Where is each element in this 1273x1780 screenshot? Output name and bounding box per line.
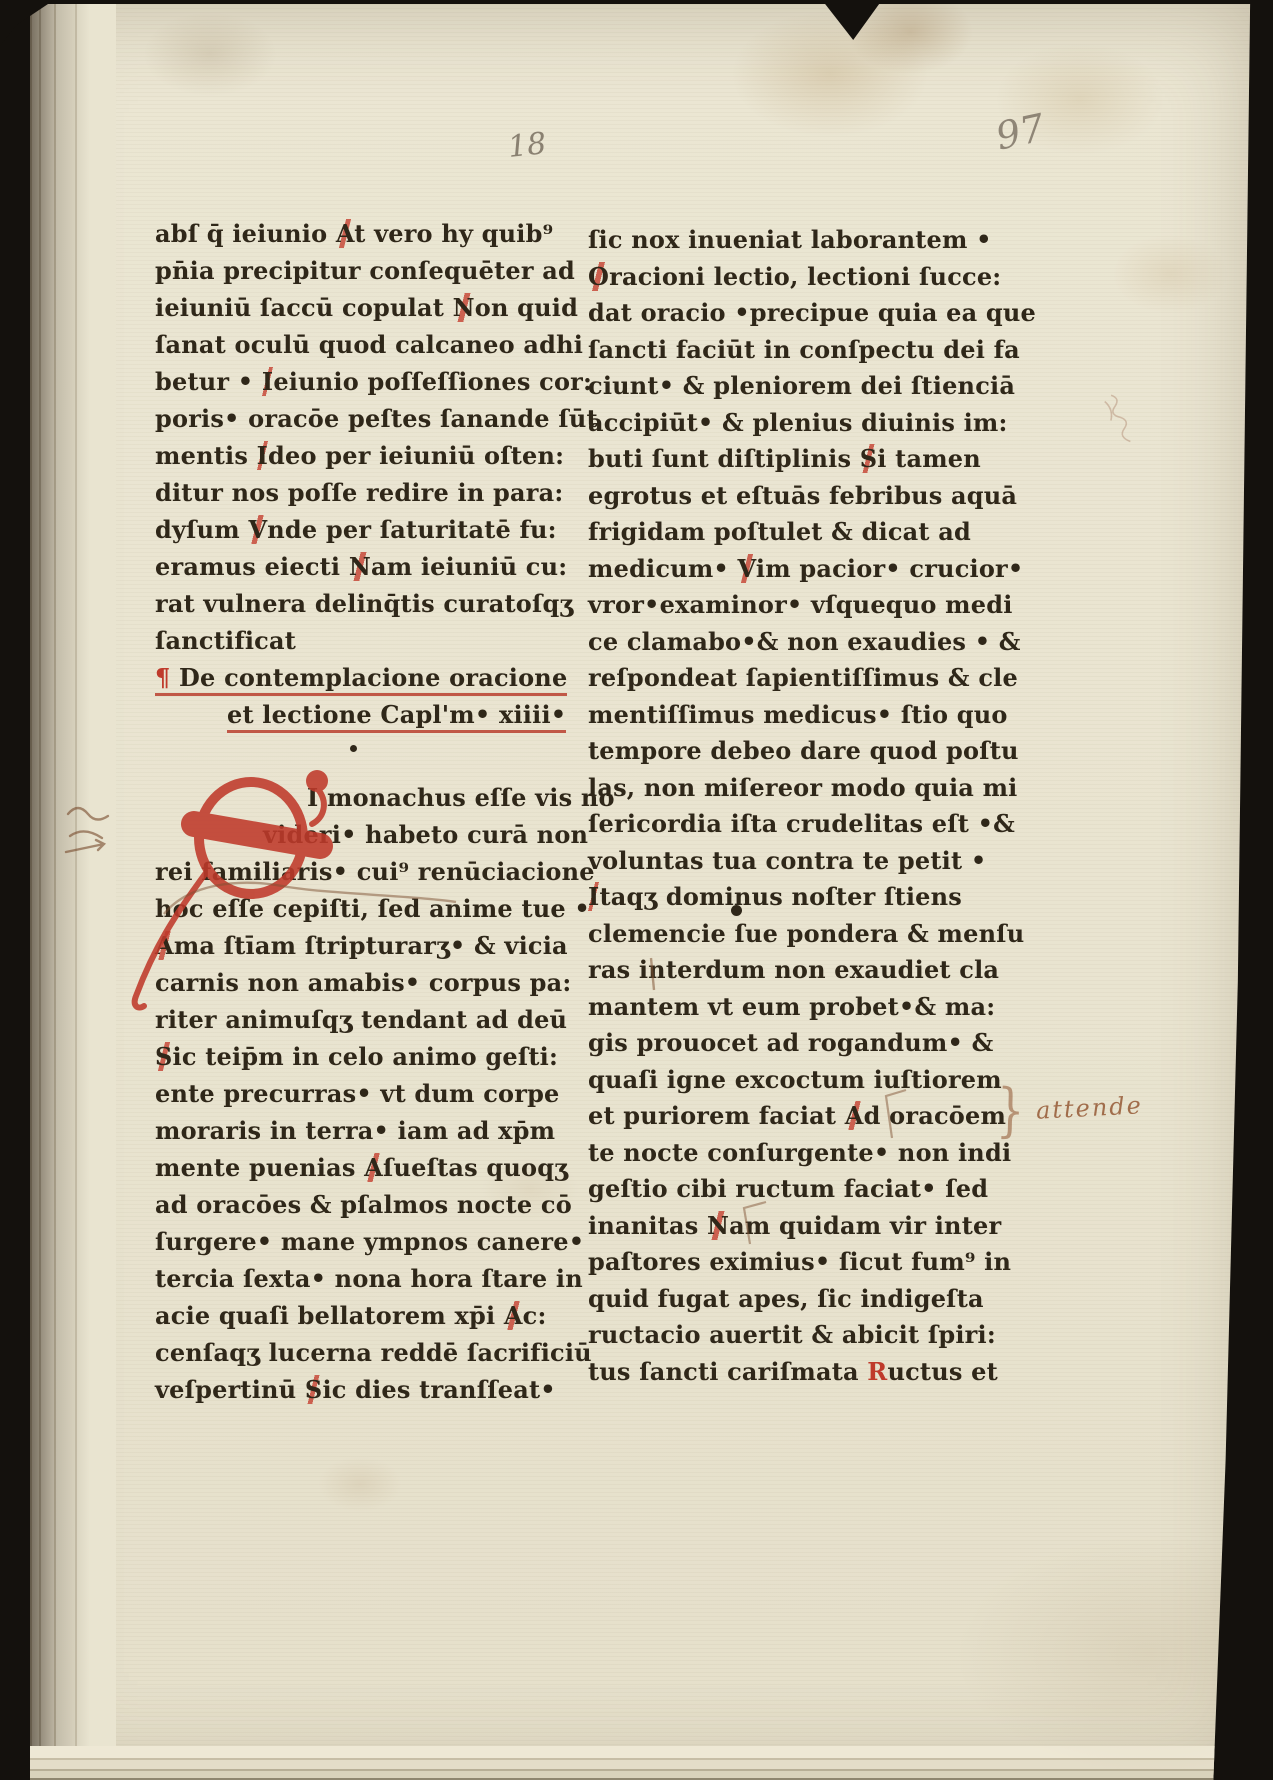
text-line: voluntas tua contra te petit • (588, 843, 1016, 880)
text-line: clemencie ſue pondera & menſu (588, 916, 1016, 953)
text-line: quaſi igne excoctum iuſtiorem (588, 1062, 1016, 1099)
book-fore-edge-bottom (30, 1736, 1255, 1780)
text-line: mentiſſimus medicus• ſtio quo (588, 697, 1016, 734)
text-line: dat oracio •precipue quia ea que (588, 295, 1016, 332)
text-line: et lectione Capl'm• xiiii• (155, 696, 585, 733)
manuscript-scan: { "document": { "kind": "incunable page … (0, 0, 1273, 1780)
text-line: las, non miſereor modo quia mi (588, 770, 1016, 807)
pen-bracket-mark-1 (876, 1086, 910, 1142)
text-line: eramus eiecti Nam ieiuniū cu: (155, 548, 585, 585)
text-line: Itaqʒ dominus noſter ſtiens (588, 879, 1016, 916)
text-line: ſurgere• mane ympnos canere• (155, 1223, 585, 1260)
pen-curve-over-line (160, 876, 460, 920)
text-line: et puriorem faciat Ad oracōem (588, 1098, 1016, 1135)
pen-bracket-mark-2 (736, 1196, 770, 1248)
text-column-right: ſic nox inueniat laborantem •Oracioni le… (588, 222, 1016, 1390)
text-line: te nocte conſurgente• non indi (588, 1135, 1016, 1172)
text-line: paſtores eximius• ſicut fum⁹ in (588, 1244, 1016, 1281)
text-line: ſericordia iſta crudelitas eſt •& (588, 806, 1016, 843)
text-line: rat vulnera delinq̄tis curatoſqʒ (155, 585, 585, 622)
text-line: Sic teip̄m in celo animo geſti: (155, 1038, 585, 1075)
text-line: mente puenias Aſueſtas quoqʒ (155, 1149, 585, 1186)
text-line: geſtio cibi ructum faciat• ſed (588, 1171, 1016, 1208)
text-line: ciunt• & pleniorem dei ſtienciā (588, 368, 1016, 405)
text-line: mentis Ideo per ieiuniū oſten: (155, 437, 585, 474)
text-line: quid fugat apes, ſic indigeſta (588, 1281, 1016, 1318)
text-line: buti ſunt diſtiplinis Si tamen (588, 441, 1016, 478)
leaf-number-handwritten: 18 (506, 126, 548, 165)
text-line: frigidam poſtulet & dicat ad (588, 514, 1016, 551)
text-line: ce clamabo•& non exaudies • & (588, 624, 1016, 661)
text-line: egrotus et eſtuās febribus aquā (588, 478, 1016, 515)
text-line: acie quaſi bellatorem xp̄i Ac: (155, 1297, 585, 1334)
text-line: ditur nos poſſe redire in para: (155, 474, 585, 511)
text-line: reſpondeat ſapientiſſimus & cle (588, 660, 1016, 697)
text-line: gis prouocet ad rogandum• & (588, 1025, 1016, 1062)
text-line: ad oracōes & pſalmos nocte cō (155, 1186, 585, 1223)
text-line: accipiūt• & plenius diuinis im: (588, 405, 1016, 442)
text-line: tempore debeo dare quod poſtu (588, 733, 1016, 770)
text-line: betur • Ieiunio poſſeſſiones cor: (155, 363, 585, 400)
text-line: medicum• Vim pacior• crucior• (588, 551, 1016, 588)
text-line: ¶ De contemplacione oracione (155, 659, 585, 696)
text-line: moraris in terra• iam ad xp̄m (155, 1112, 585, 1149)
text-line: abſ q̄ ieiunio At vero hy quib⁹ (155, 215, 585, 252)
pen-stroke-mark (646, 956, 658, 992)
text-line: ſic nox inueniat laborantem • (588, 222, 1016, 259)
ink-blot (731, 905, 742, 916)
text-line: dyſum Vnde per ſaturitatē fu: (155, 511, 585, 548)
text-line: vror•examinor• vſquequo medi (588, 587, 1016, 624)
text-line: pn̄ia precipitur conſequēter ad (155, 252, 585, 289)
text-line: ſanctificat (155, 622, 585, 659)
margin-note-attende: attende (1035, 1091, 1143, 1125)
book-fore-edge-left (30, 4, 116, 1780)
text-line: ente precurras• vt dum corpe (155, 1075, 585, 1112)
ink-dot (350, 745, 357, 752)
text-line: tus ſancti cariſmata Ructus et (588, 1354, 1016, 1391)
text-line: cenſaqʒ lucerna reddē ſacrificiū (155, 1334, 585, 1371)
margin-nota-mark (62, 798, 116, 862)
text-line: mantem vt eum probet•& ma: (588, 989, 1016, 1026)
text-line: ieiuniū ſaccū copulat Non quid (155, 289, 585, 326)
text-line: veſpertinū Sic dies tranſſeat• (155, 1371, 585, 1408)
text-line: ſancti faciūt in conſpectu dei fa (588, 332, 1016, 369)
text-line: tercia ſexta• nona hora ſtare in (155, 1260, 585, 1297)
text-line: poris• oracōe peſtes ſanande ſūt (155, 400, 585, 437)
text-line: ſanat oculū quod calcaneo adhi (155, 326, 585, 363)
text-line: ructacio auertit & abicit ſpiri: (588, 1317, 1016, 1354)
text-line: Oracioni lectio, lectioni ſucce: (588, 259, 1016, 296)
text-line: inanitas Nam quidam vir inter (588, 1208, 1016, 1245)
